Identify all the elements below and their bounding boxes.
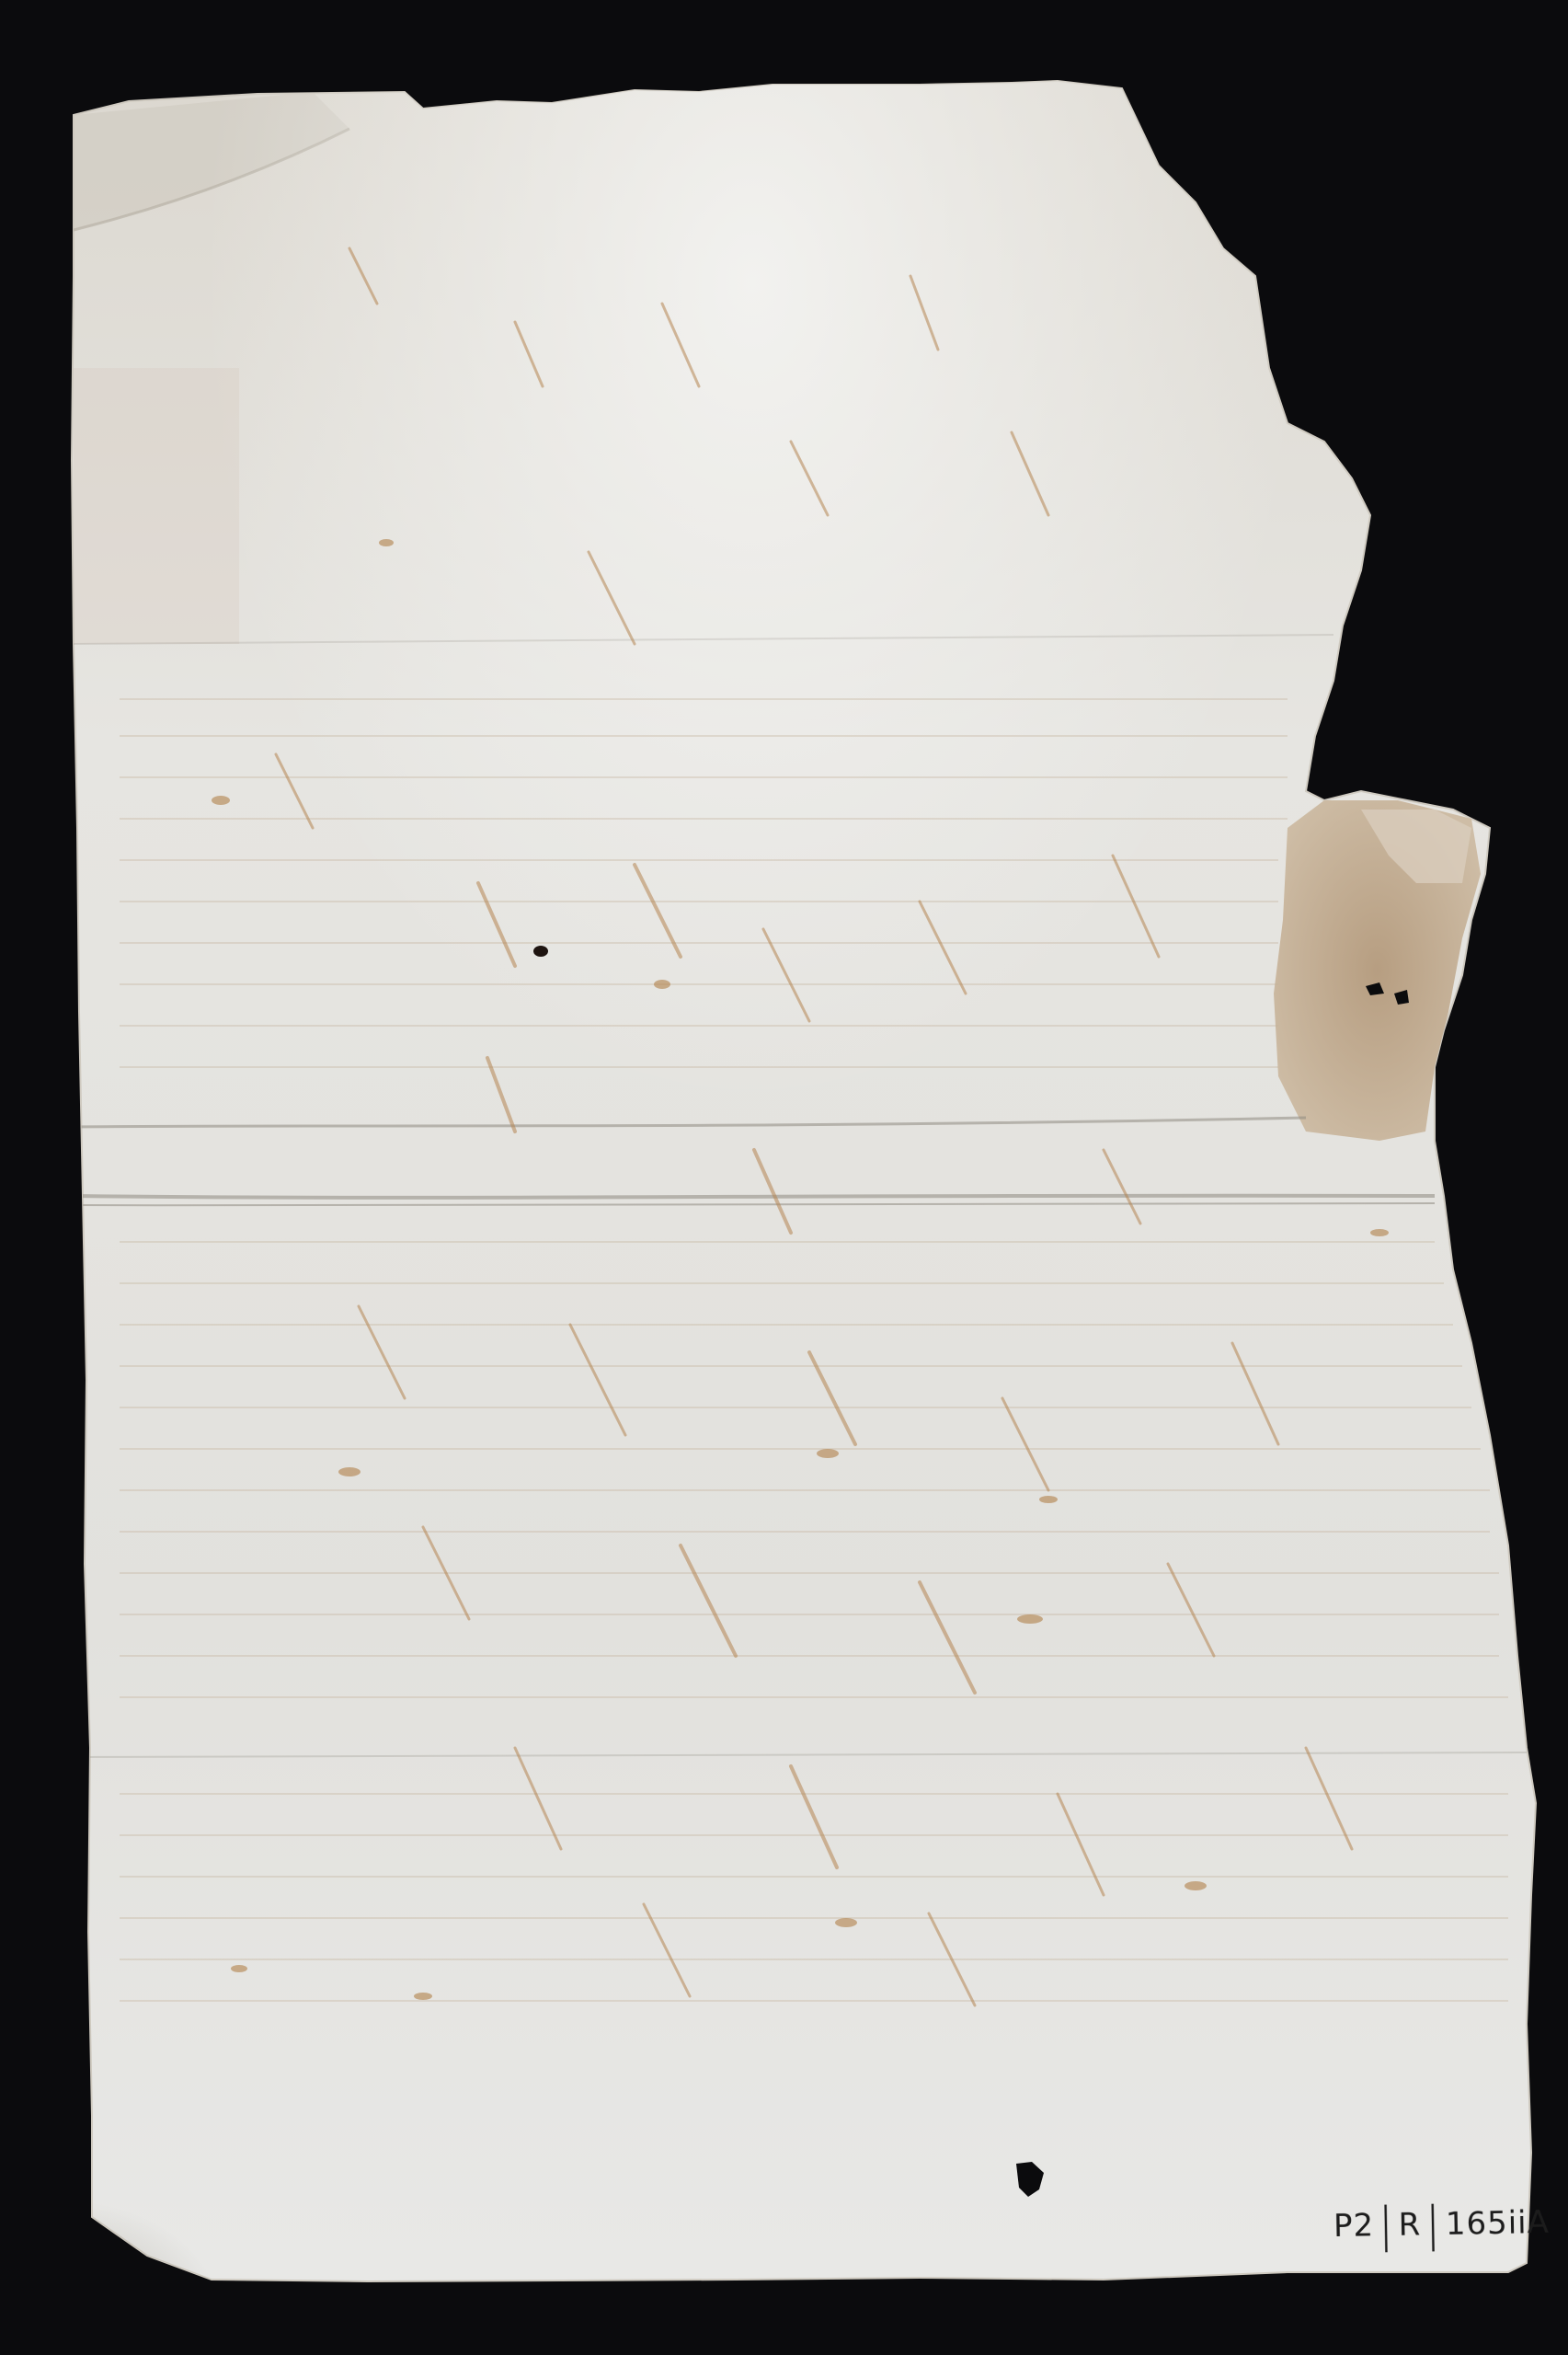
- separator: |: [1378, 2210, 1395, 2241]
- shelfmark-part1: P2: [1333, 2207, 1375, 2245]
- separator: |: [1425, 2209, 1442, 2240]
- speck: [533, 946, 548, 957]
- shelfmark-label: P2|R|165iiA: [1333, 2204, 1551, 2245]
- manuscript-sheet: [0, 0, 1568, 2355]
- shelfmark-part3: 165iiA: [1445, 2204, 1550, 2243]
- shelfmark-part2: R: [1398, 2206, 1421, 2243]
